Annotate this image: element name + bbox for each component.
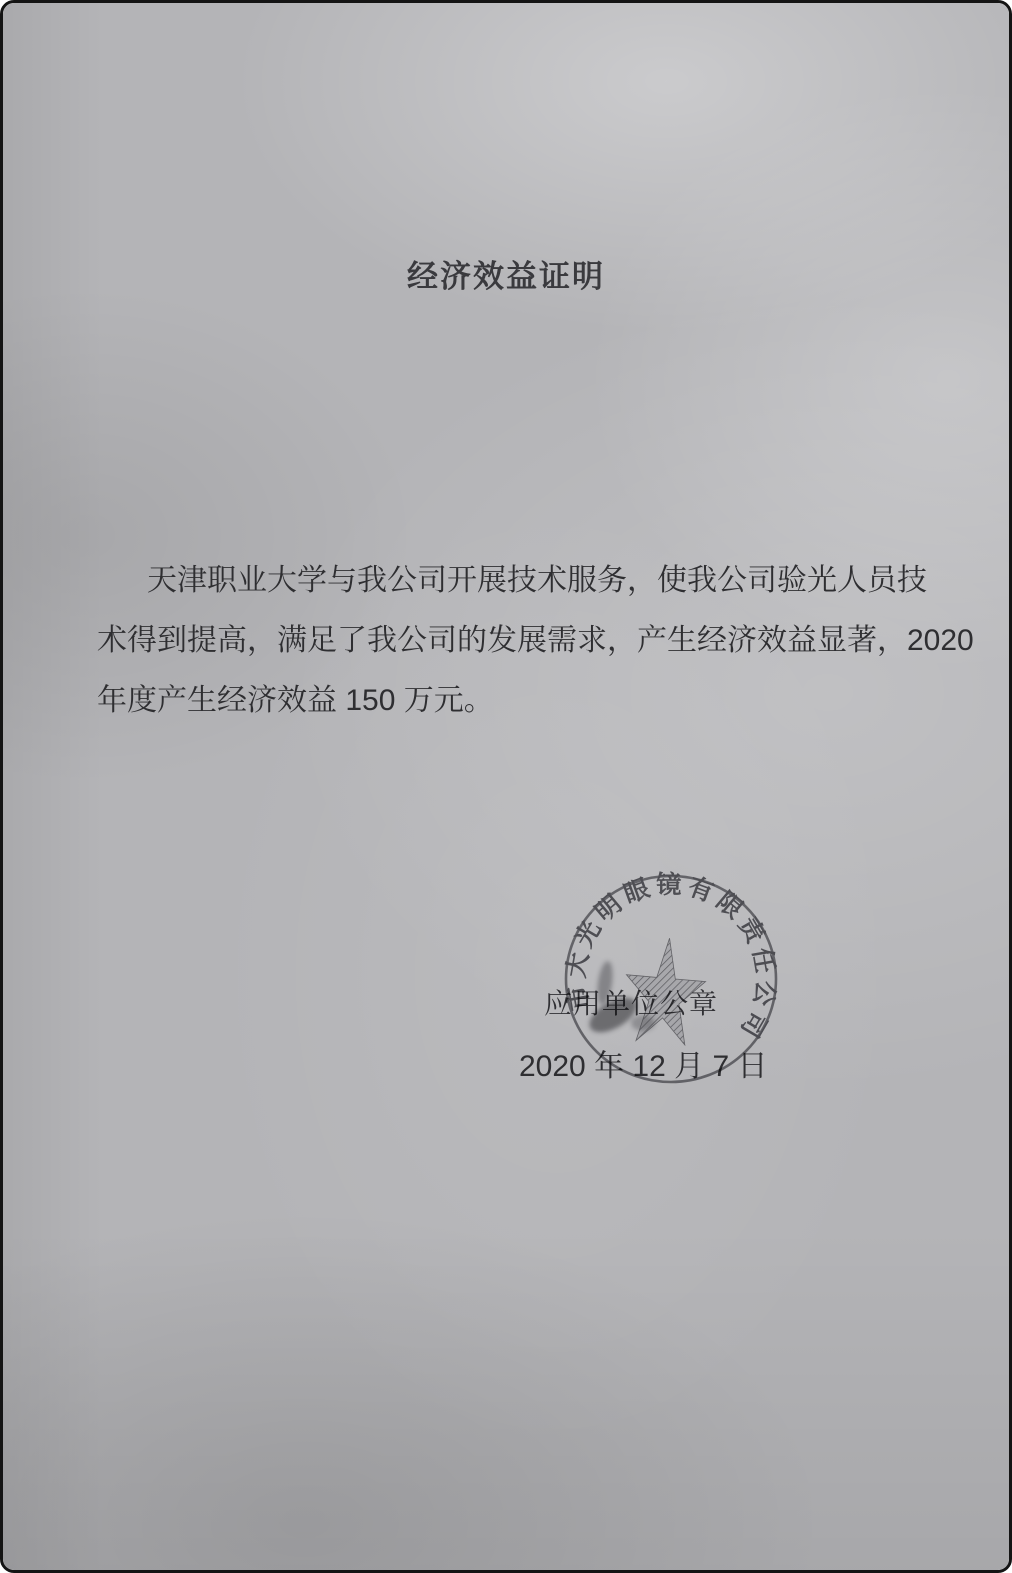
star-icon <box>621 935 709 1046</box>
ink-smudge <box>631 1015 655 1031</box>
company-seal-stamp: 市大光明眼镜有限责任公司 <box>543 863 793 1098</box>
document-paper: 经济效益证明 天津职业大学与我公司开展技术服务，使我公司验光人员技 术得到提高，… <box>3 3 1009 1570</box>
ink-smudge <box>595 960 615 1006</box>
body-line-2: 术得到提高，满足了我公司的发展需求，产生经济效益显著，2020 <box>97 611 915 671</box>
photo-frame: 经济效益证明 天津职业大学与我公司开展技术服务，使我公司验光人员技 术得到提高，… <box>0 0 1012 1573</box>
document-title: 经济效益证明 <box>3 251 1009 296</box>
body-line-1: 天津职业大学与我公司开展技术服务，使我公司验光人员技 <box>97 551 915 611</box>
body-paragraph: 天津职业大学与我公司开展技术服务，使我公司验光人员技 术得到提高，满足了我公司的… <box>97 551 915 731</box>
body-line-3: 年度产生经济效益 150 万元。 <box>97 671 915 731</box>
